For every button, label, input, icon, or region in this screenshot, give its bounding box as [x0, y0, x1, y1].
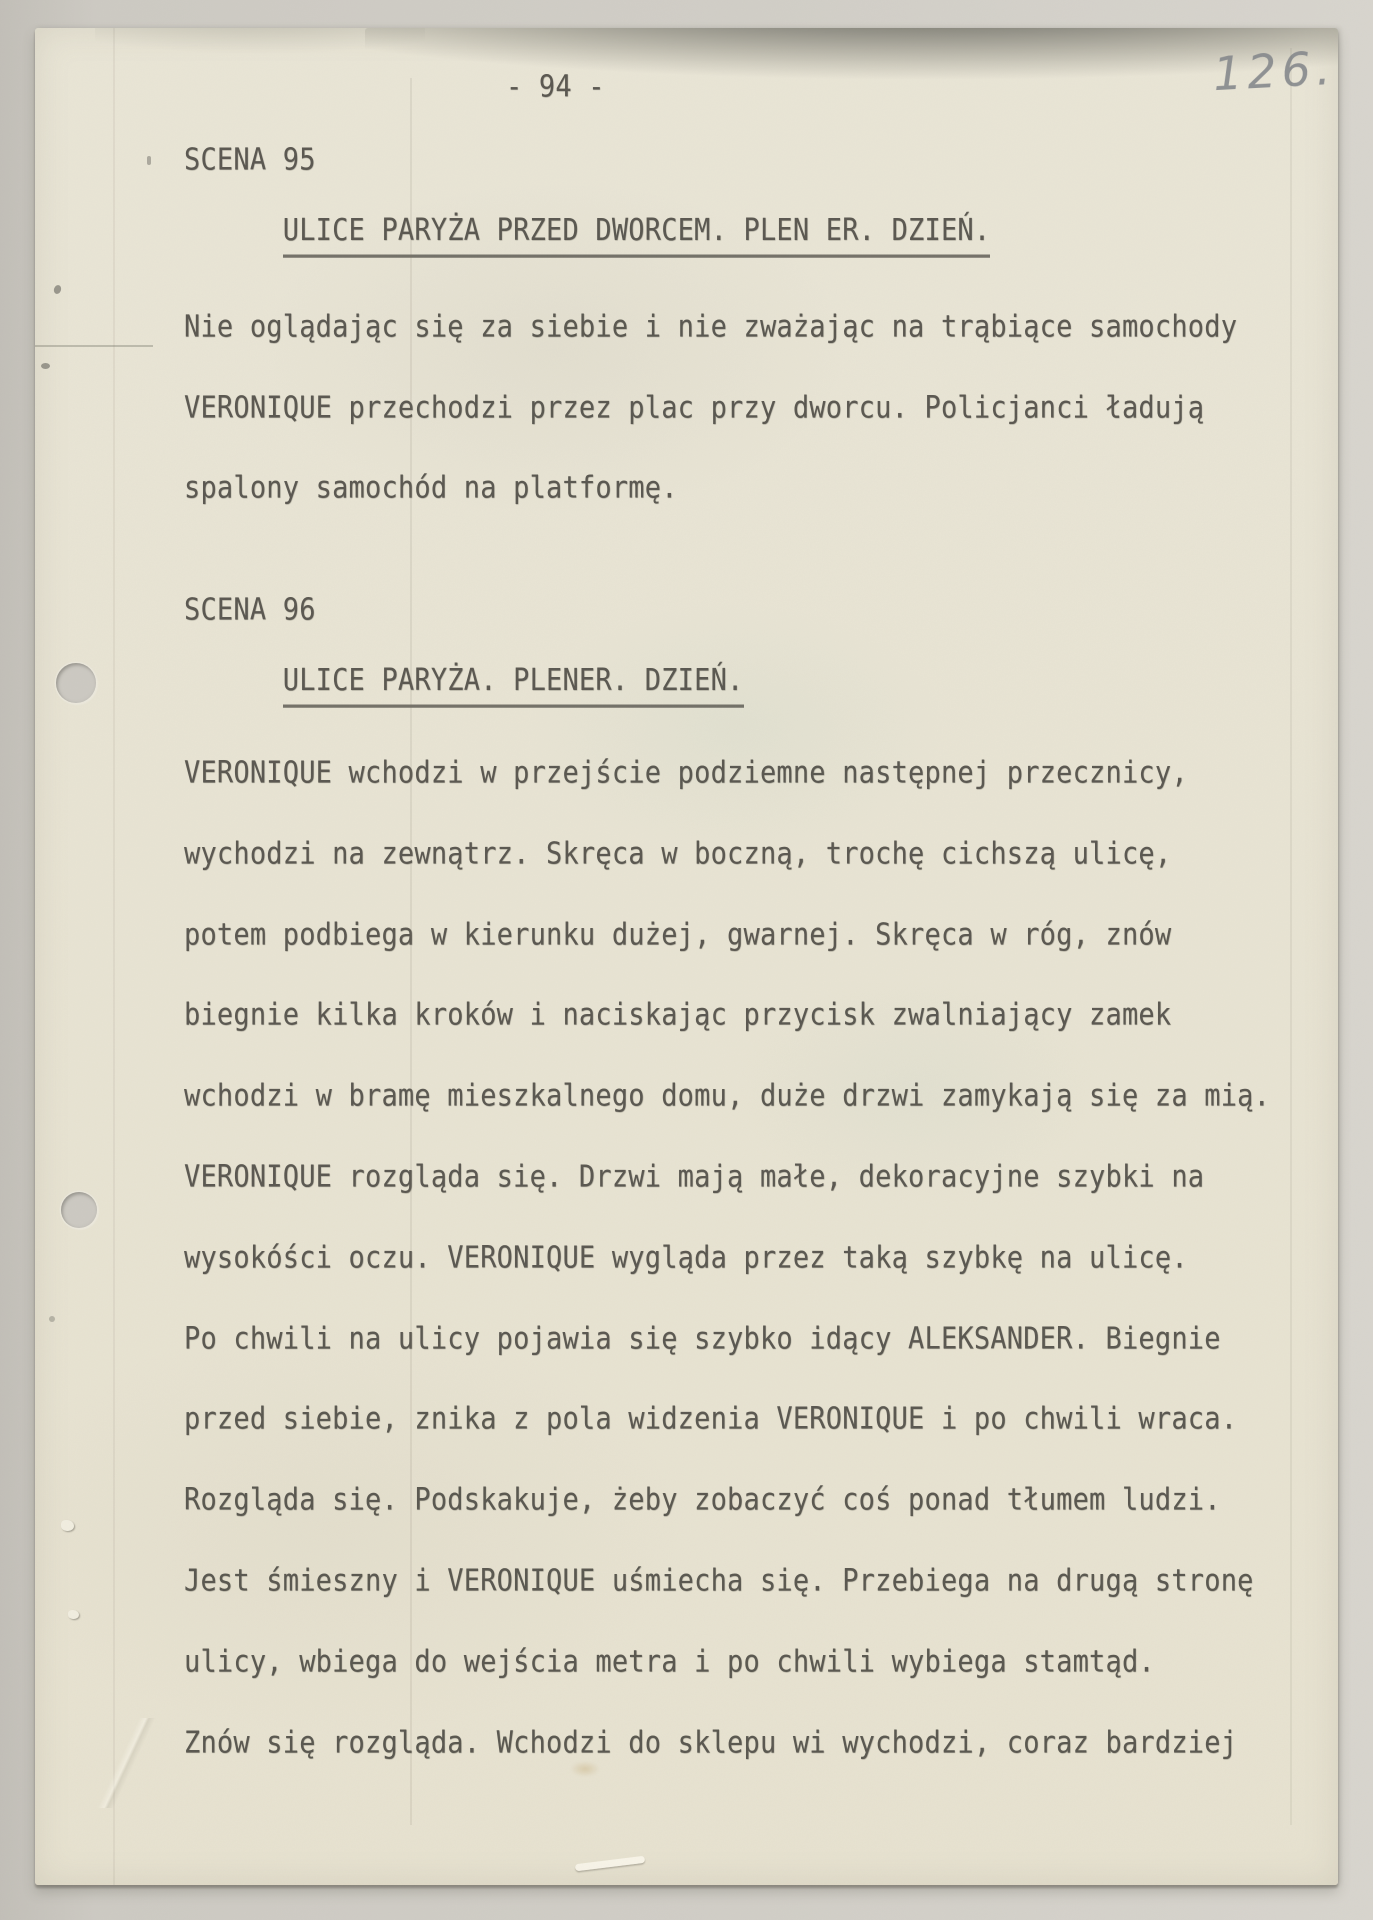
script-line: potem podbiega w kierunku dużej, gwarnej…: [184, 920, 1171, 950]
hole-punch-bottom: [61, 1192, 97, 1228]
scene-95-slug-text: ULICE PARYŻA PRZED DWORCEM. PLEN ER. DZI…: [283, 213, 991, 258]
handwritten-folio-number: 126.: [1212, 45, 1337, 97]
script-line: wysokóści oczu. VERONIQUE wygląda przez …: [184, 1243, 1188, 1273]
ink-speck: [49, 1316, 55, 1322]
script-line: Jest śmieszny i VERONIQUE uśmiecha się. …: [184, 1566, 1254, 1596]
scene-95-heading: SCENA 95: [184, 145, 316, 175]
scene-96-heading: SCENA 96: [184, 595, 316, 625]
script-line: Znów się rozgląda. Wchodzi do sklepu wi …: [184, 1728, 1237, 1758]
script-line: Rozgląda się. Podskakuje, żeby zobaczyć …: [184, 1485, 1221, 1515]
scan-smudge-top-left: [95, 28, 425, 70]
paper-fold-mark: [65, 1718, 185, 1808]
paper-fold-mark: [575, 1856, 645, 1871]
script-line: VERONIQUE przechodzi przez plac przy dwo…: [184, 393, 1204, 423]
paper-dent: [61, 1520, 74, 1531]
script-line: VERONIQUE wchodzi w przejście podziemne …: [184, 758, 1188, 788]
script-line: wchodzi w bramę mieszkalnego domu, duże …: [184, 1081, 1270, 1111]
scene-96-slug: ULICE PARYŻA. PLENER. DZIEŃ.: [184, 635, 744, 726]
hole-punch-top: [56, 663, 96, 703]
script-line: biegnie kilka kroków i naciskając przyci…: [184, 1000, 1171, 1030]
script-line: Po chwili na ulicy pojawia się szybko id…: [184, 1324, 1221, 1354]
page-number: - 94 -: [506, 72, 605, 102]
script-line: przed siebie, znika z pola widzenia VERO…: [184, 1404, 1237, 1434]
script-line: Nie oglądając się za siebie i nie zważaj…: [184, 312, 1237, 342]
ink-speck: [147, 156, 151, 165]
paper-crease: [410, 78, 412, 1825]
script-line: wychodzi na zewnątrz. Skręca w boczną, t…: [184, 839, 1171, 869]
paper-dent: [68, 1610, 79, 1619]
script-line: VERONIQUE rozgląda się. Drzwi mają małe,…: [184, 1162, 1204, 1192]
scan-background: - 94 - 126. SCENA 95 ULICE PARYŻA PRZED …: [0, 0, 1373, 1920]
ink-speck: [53, 284, 63, 295]
script-page: - 94 - 126. SCENA 95 ULICE PARYŻA PRZED …: [35, 28, 1338, 1885]
paper-crease: [113, 28, 115, 1885]
scene-95-slug: ULICE PARYŻA PRZED DWORCEM. PLEN ER. DZI…: [184, 185, 990, 276]
paper-crease: [35, 345, 153, 347]
script-line: ulicy, wbiega do wejścia metra i po chwi…: [184, 1647, 1155, 1677]
script-line: spalony samochód na platformę.: [184, 473, 678, 503]
ink-speck: [41, 363, 50, 369]
paper-stain: [570, 1761, 600, 1777]
paper-crease: [1290, 48, 1292, 1825]
scene-95-action-text: Nie oglądając się za siebie i nie zważaj…: [35, 28, 1338, 1885]
scene-96-slug-text: ULICE PARYŻA. PLENER. DZIEŃ.: [283, 663, 744, 708]
scene-96-action-text: VERONIQUE wchodzi w przejście podziemne …: [35, 28, 1338, 1885]
